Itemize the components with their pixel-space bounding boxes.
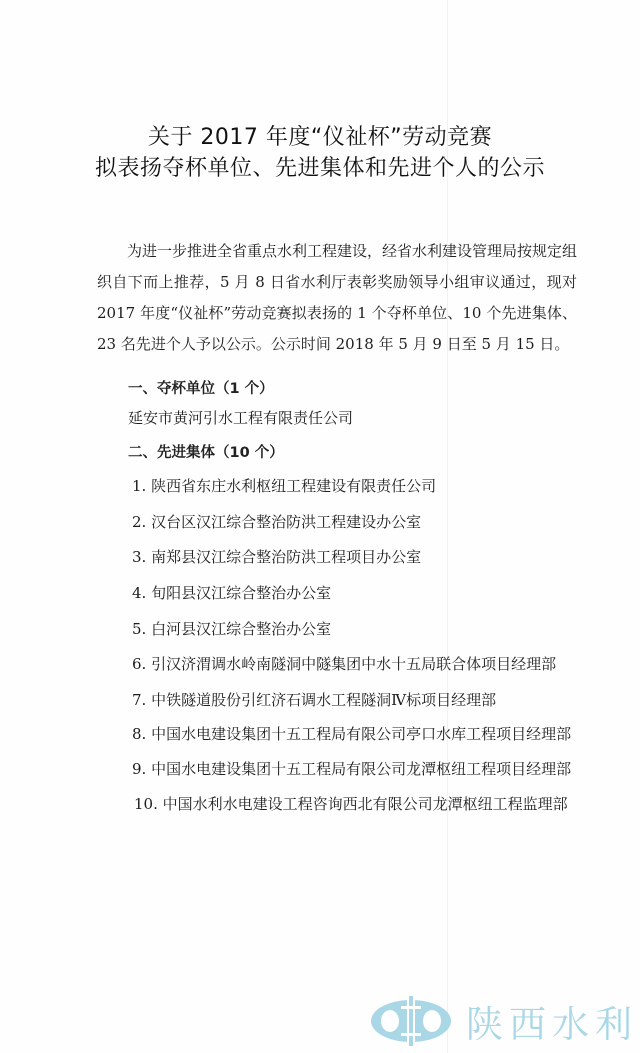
collective-item-3: 3. 南郑县汉江综合整治防洪工程项目办公室 <box>132 546 421 567</box>
document-page: 关于 2017 年度“仪祉杯”劳动竞赛 拟表扬夺杯单位、先进集体和先进个人的公示… <box>0 0 640 1053</box>
collective-item-8: 8. 中国水电建设集团十五工程局有限公司亭口水库工程项目经理部 <box>132 723 571 744</box>
document-title-line1: 关于 2017 年度“仪祉杯”劳动竞赛 <box>0 120 640 151</box>
document-title-line2: 拟表扬夺杯单位、先进集体和先进个人的公示 <box>0 151 640 182</box>
collective-item-1: 1. 陕西省东庄水利枢纽工程建设有限责任公司 <box>132 475 436 496</box>
collective-item-9: 9. 中国水电建设集团十五工程局有限公司龙潭枢纽工程项目经理部 <box>132 758 571 779</box>
shaanxi-water-logo-icon <box>368 996 454 1046</box>
collective-item-2: 2. 汉台区汉江综合整治防洪工程建设办公室 <box>132 511 421 532</box>
intro-paragraph: 为进一步推进全省重点水利工程建设，经省水利建设管理局按规定组织自下而上推荐，5 … <box>97 236 577 360</box>
collective-item-4: 4. 旬阳县汉江综合整治办公室 <box>132 582 331 603</box>
section2-heading: 二、先进集体（10 个） <box>128 441 284 462</box>
cup-winner-item: 延安市黄河引水工程有限责任公司 <box>128 407 353 428</box>
watermark-text: 陕西水利 <box>466 994 638 1048</box>
collective-item-5: 5. 白河县汉江综合整治办公室 <box>132 618 331 639</box>
collective-item-6: 6. 引汉济渭调水岭南隧洞中隧集团中水十五局联合体项目经理部 <box>132 653 556 674</box>
section1-heading: 一、夺杯单位（1 个） <box>128 377 274 398</box>
collective-item-10: 10. 中国水利水电建设工程咨询西北有限公司龙潭枢纽工程监理部 <box>134 793 568 814</box>
watermark-logo: 陕西水利 <box>368 994 638 1048</box>
collective-item-7: 7. 中铁隧道股份引红济石调水工程隧洞Ⅳ标项目经理部 <box>132 689 496 710</box>
